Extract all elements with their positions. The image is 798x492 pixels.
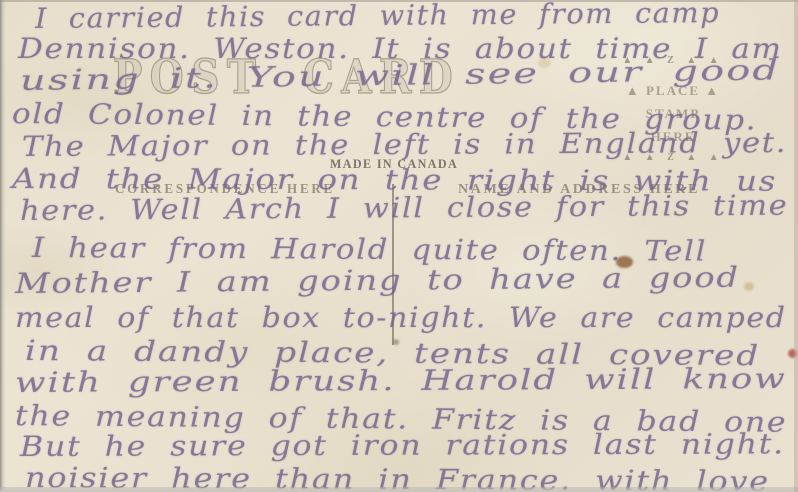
handwriting-line: The Major on the left is in England yet. <box>22 126 787 163</box>
handwriting-line: meal of that box to-night. We are camped <box>15 301 787 334</box>
handwriting-line: with green brush. Harold will know <box>15 362 787 399</box>
handwriting-line: I carried this card with me from camp <box>35 0 720 35</box>
handwriting-line: Mother I am going to have a good <box>15 261 740 300</box>
handwriting-line: But he sure got iron rations last night. <box>20 427 785 463</box>
postcard: POST CARD CORRESPONDENCE HERE MADE IN CA… <box>0 0 798 492</box>
handwriting-line: noisier here than in France. with love <box>25 461 770 492</box>
handwriting-line: here. Well Arch I will close for this ti… <box>20 189 789 227</box>
handwriting-layer: I carried this card with me from camp De… <box>0 0 798 492</box>
